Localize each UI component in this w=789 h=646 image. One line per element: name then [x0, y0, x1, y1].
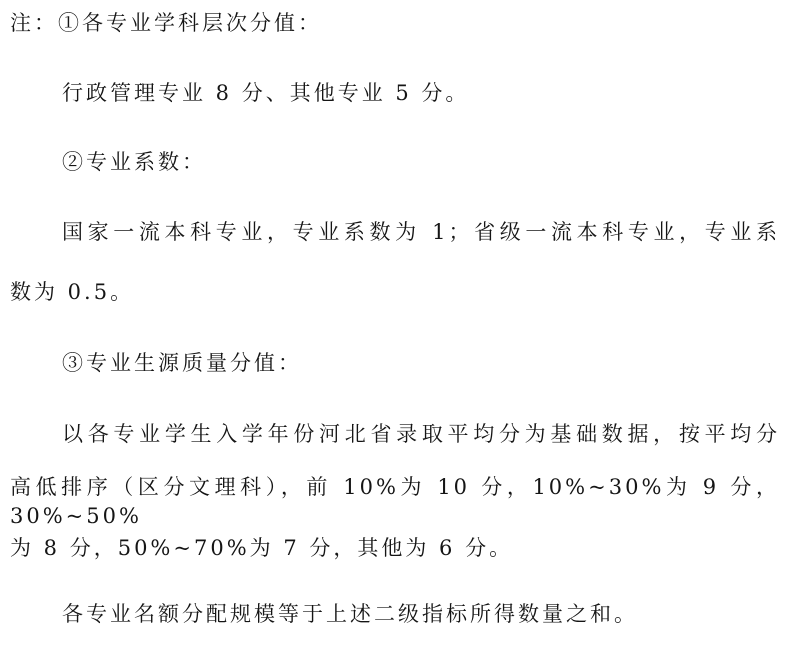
item1-body-line: 行政管理专业 8 分、其他专业 5 分。 [62, 79, 469, 108]
item2-header-line: ②专业系数： [62, 148, 206, 177]
note-header-line: 注：①各专业学科层次分值： [10, 9, 322, 38]
item3-body-line-3: 为 8 分，50%~70%为 7 分，其他为 6 分。 [10, 534, 513, 563]
document-page: 注：①各专业学科层次分值： 行政管理专业 8 分、其他专业 5 分。 ②专业系数… [0, 0, 789, 646]
item2-body-line-1: 国家一流本科专业，专业系数为 1；省级一流本科专业，专业系 [62, 218, 780, 247]
item3-body-line-1: 以各专业学生入学年份河北省录取平均分为基础数据，按平均分 [62, 420, 780, 449]
summary-line: 各专业名额分配规模等于上述二级指标所得数量之和。 [62, 600, 638, 629]
item3-body-line-2: 高低排序（区分文理科），前 10%为 10 分，10%~30%为 9 分，30%… [10, 473, 780, 531]
item2-body-line-2: 数为 0.5。 [10, 278, 134, 307]
item3-header-line: ③专业生源质量分值： [62, 349, 302, 378]
